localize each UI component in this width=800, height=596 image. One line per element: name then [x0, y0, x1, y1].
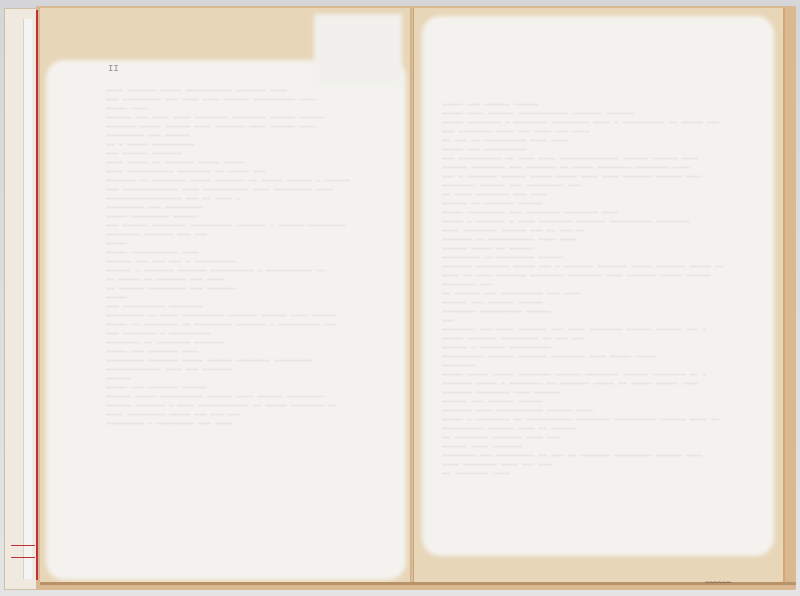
page-number: II — [108, 64, 119, 74]
text-line: ~~~ ~~~~~~~~~~~~~ ~~~~ ~~~~~~~~~~~ ~~~~ … — [106, 187, 350, 196]
text-line: ~~~~~~~~ ~~~~~~~ ~~~ ~~~ — [106, 232, 350, 241]
page-edge-strip — [23, 19, 32, 579]
text-line: ~~ ~~~ ~~ ~~~~~~~~~~ ~~~~ ~~~~ — [442, 138, 723, 147]
text-line: ~~~~~ — [106, 295, 350, 304]
text-line: ~~~~~~~~~ ~ ~~~~~~~~~ ~~~ ~~~~ — [106, 421, 350, 430]
text-line: ~~~~~~~~~~~~~~~~~~ ~~~ ~~ ~~~~ ~ — [106, 196, 350, 205]
text-line: ~~~~ ~~ ~~~~ ~~~~~~~ ~~~~~~~~ ~~~~~~~~ ~… — [442, 273, 723, 282]
handwritten-signature: ~~~~~~ — [705, 578, 731, 587]
text-line: ~~~~~~~~ ~~~~~~ ~~~ ~~~~~~~~~ ~~~ — [442, 183, 723, 192]
text-line: ~~~~~~~ ~~ ~~~~~~~~~~~ ~~~~ ~~~~ — [442, 237, 723, 246]
text-line: ~~~~~~~~~ ~~~ ~~~~~~ — [106, 133, 350, 142]
text-line: ~~ ~~~~~~~~ ~~~~~~~ ~~~~ ~~~ — [442, 435, 723, 444]
text-line: ~~~~~ ~~~~~ ~~~~~ ~~~~~~~~ ~~~~~~ ~~~~~~… — [442, 372, 723, 381]
text-line: ~~~~~~~ ~~~~~~~~ ~~~~~ ~~~ ~ ~~~~~~~ ~~~… — [442, 264, 723, 273]
text-line: ~~~~~~ ~~~~~~~ ~ ~~~~ ~~~~~~~~~~~~ ~~ ~~… — [106, 403, 350, 412]
text-line: ~~~~~ — [106, 241, 350, 250]
text-line: ~~~ ~~~~~~~~ ~ ~~~~~~~~~~ — [106, 331, 350, 340]
text-line: ~~ ~ ~~~~~ ~~~~~~~~~~ — [106, 142, 350, 151]
text-line: ~~~~~~~~~ ~~ ~~~~~~~~~ ~~~~~~ — [442, 255, 723, 264]
text-line: ~~~~~ ~~~~~~~~~~~ ~~~~ — [106, 250, 350, 259]
red-margin-line — [36, 10, 38, 580]
text-line: ~~~~~~ ~ ~~~~~~~ ~~~~~~~ ~~~~~~~~~~ ~ ~~… — [106, 268, 350, 277]
text-line: ~~~~~~~~~ ~~~ ~~~~~~~~~ — [106, 205, 350, 214]
text-line: ~~~~~~~~ ~~~ — [442, 282, 723, 291]
text-line: ~~~~ ~~~~~~~~ ~~~~ ~~~ ~~~ — [442, 462, 723, 471]
red-tick-mark — [11, 557, 35, 558]
text-line: ~~ ~~~~ ~~~~~~~~ ~~~ ~~~~ — [442, 192, 723, 201]
right-page-text: ~~~~~ ~~~ ~~~~~~ ~~~~~~~~~~~ ~~~~ ~~~~~~… — [442, 102, 723, 480]
text-line: ~~~~~~ ~~~ ~~~~ ~~~~ ~~~~~~~~ ~~~~~~~~ ~… — [106, 115, 350, 124]
text-line: ~~~ ~~~~~~~~~~ ~~ ~~~~ ~~~~ ~~~~~~~~~~~~… — [442, 156, 723, 165]
text-line: ~~~~~ ~~~~~~~~~ ~~~ ~~~~~~~~ ~~~~~~~~ ~~… — [442, 210, 723, 219]
text-line: ~~ ~~~~~~ ~~~ ~~~~~~~~~~ ~~~ ~~~~ — [442, 291, 723, 300]
text-line: ~~~~~ ~~~ ~~~~~~~ ~~~~ — [106, 349, 350, 358]
text-line: ~~~~ ~~~~~~~ ~~~~~ ~~~~~~~~~~~ ~~~~~~~ ~… — [106, 88, 350, 97]
text-line: ~~ ~~~~~~~~ ~~~~ — [442, 471, 723, 480]
text-line: ~~~~~~~ ~~~~ ~~~~~~~~~~~ ~~~~~~ ~~~~ — [442, 408, 723, 417]
text-line: ~~~~~ ~~ ~~~~~~~~ ~~ ~~~~~~~~~ ~~~~~~~ ~… — [106, 322, 350, 331]
text-line: ~~~~~~ ~~~ ~~~~~~ ~~~~~~ — [442, 300, 723, 309]
text-line: ~~~~~~ ~~~~~~~~ ~~~ ~~~~~~~ ~~ ~~~~~ ~~~… — [442, 165, 723, 174]
text-line: ~~~~~ ~ ~~~~~~~ ~ ~~~~ ~~~~~~~~ ~~~~~~~ … — [442, 219, 723, 228]
text-line: ~~~~~~ ~ ~~~~~~ ~~~~~~~~~~ — [442, 345, 723, 354]
text-line: ~~~ — [442, 318, 723, 327]
left-page: ~~~~ ~~~~~~~ ~~~~~ ~~~~~~~~~~~ ~~~~~~~ ~… — [40, 8, 411, 584]
text-line: ~~~~~ ~~~ ~~~~~~ ~~~~~~ — [442, 102, 723, 111]
text-line: ~~~~~~~~~ ~~~~~~~ ~~~~~ ~~~~~~ ~~~~~~~~ … — [106, 358, 350, 367]
text-line: ~~~~~~~ ~~~~~ ~ ~~~~~~~~ ~~ ~~~~~~~ ~~~~… — [442, 381, 723, 390]
text-line: ~~~ ~~~~~~ ~~~~~~~ — [106, 151, 350, 160]
text-line: ~~~~ ~~~~~~~~~~~ ~~~~~~~~ ~~ ~~~~~ ~~~ — [106, 169, 350, 178]
whitewash-area — [314, 14, 402, 84]
text-line: ~~~~~ ~~~~ — [106, 106, 350, 115]
left-page-text: ~~~~ ~~~~~~~ ~~~~~ ~~~~~~~~~~~ ~~~~~~~ ~… — [106, 88, 350, 430]
text-line: ~~~ ~~~~~~~~~ ~~~ ~~~~ ~~~~ ~~~~~~ ~~~~~… — [106, 97, 350, 106]
text-line: ~~~ ~~~~~~~~~~ ~~~~~~~~ — [106, 304, 350, 313]
text-line: ~~~~~ ~~~ ~~~~~~~~~~ — [442, 147, 723, 156]
text-line: ~~~~~~~~ ~~~~~~~~~~ ~~~~~~ — [442, 309, 723, 318]
text-line: ~~~ ~~~~~~~~ ~~~~ ~~~ ~~~~ ~~~ ~~~~ — [442, 129, 723, 138]
text-line: ~~ ~~~~~ ~~ ~~~~~~~ ~~~ ~~~~ — [106, 277, 350, 286]
text-line: ~~~~~~~ ~~ ~~~~~~~~ ~~~~~ ~~~~~~~ ~~ ~~~… — [106, 178, 350, 187]
text-line: ~~~~~~ ~~~~ ~~~~~~~ — [442, 444, 723, 453]
text-line: ~~~~~ ~~~~ ~~~~~~ ~~~~~~~~~~~~ ~~~~~~~ ~… — [442, 111, 723, 120]
text-line: ~~~~~ ~~~~~~~ ~~~~~~~~~ ~~ ~~~ ~~~ — [442, 336, 723, 345]
text-line: ~~~~~ ~~~~~~~~~ ~~~~~~ — [106, 214, 350, 223]
text-line: ~~~~~~~~~~~~~ ~~~~ ~~~ ~~~~~~~ — [106, 367, 350, 376]
red-tick-mark — [11, 545, 35, 546]
text-line: ~~~ ~ ~~~~~~~ ~~~~~~ ~~~~~ ~~~~~ ~~~~ ~~… — [442, 174, 723, 183]
text-line: ~~~~~ ~~~~~~~~ ~ ~~~~~~~~ ~~~~~~~~~ ~~~~… — [442, 120, 723, 129]
text-line: ~~~~ ~~~~~~~~~ ~~~~~ ~~~ ~~~ ~~~ — [106, 412, 350, 421]
text-line: ~~~~~~~~ ~~~ ~~~~~~~~~ ~~ ~~~ ~~ ~~~~~~~… — [442, 453, 723, 462]
text-line: ~~~~~ ~ ~~~~~~~~ ~~ ~~~~~~~~~~~ ~~~~~~~~… — [442, 417, 723, 426]
text-line: ~~~~~~~ ~~~~~~~~ ~~~~ ~~~~~~ — [442, 390, 723, 399]
text-line: ~~~~~~ ~~~~~ ~~ ~~~~~~ — [442, 246, 723, 255]
text-line: ~~~~ ~~~~~ ~~ ~~~~~~~ ~~~~~ ~~~~~ — [106, 160, 350, 169]
text-line: ~~~ ~~~~~~ ~~~~~~~~ ~~~~~~~~~~ ~~~~~~~ ~… — [106, 223, 350, 232]
text-line: ~~~~ ~~~~~~~~ ~~~~~~ ~~~ ~~ ~~~ ~~ — [442, 228, 723, 237]
book-bottom-edge — [40, 582, 796, 585]
text-line: ~~~~~~~~ ~~~ ~~~~ ~~~~~~~ ~~~ ~~~~ ~~~~~… — [442, 327, 723, 336]
text-line: ~~~~~~~~ — [442, 363, 723, 372]
text-line: ~~~~~~ — [106, 376, 350, 385]
text-line: ~~~~~~~~~~ ~~~~~~ ~~~~~~~ ~~~~~~~~ ~~~~ … — [442, 354, 723, 363]
text-line: ~~~~~ ~~~ ~~~~~~~ ~~~~~~ — [106, 385, 350, 394]
text-line: ~~~~~~~ ~~~~~ ~~~~~~ ~~~~ ~~~~~~~ ~~~~ ~… — [106, 124, 350, 133]
text-line: ~~~~~~ ~~~ ~~~ ~~~ ~ ~~~~~~~~~~ — [106, 259, 350, 268]
text-line: ~~~~~~~~~ ~~ ~~~~ ~~~~~~~~~~ ~~~~~~~ ~~~… — [106, 313, 350, 322]
text-line: ~~~~~~ ~~~~~ ~~~~~~~~~~ ~~~~~~ ~~~~ ~~~~… — [106, 394, 350, 403]
book-spine-stack — [4, 8, 38, 590]
text-line: ~~~~~~~~ ~~ ~~~~~~~~ ~~~~~~~ — [106, 340, 350, 349]
text-line: ~~~~~~ ~~~ ~~~~~~ ~~~~~~ — [442, 399, 723, 408]
right-page: ~~~~~ ~~~ ~~~~~~ ~~~~~~~~~~~ ~~~~ ~~~~~~… — [413, 8, 785, 584]
text-line: ~~ ~~~~~~ ~~~~~~~~~ ~~~ ~~~~~~~ — [106, 286, 350, 295]
text-line: ~~~~~~~~~~ ~~~~~~ ~~~~ ~~ ~~~~~~ — [442, 426, 723, 435]
text-line: ~~~~~~ ~~ ~~~~~~~ ~~~~~~ — [442, 201, 723, 210]
